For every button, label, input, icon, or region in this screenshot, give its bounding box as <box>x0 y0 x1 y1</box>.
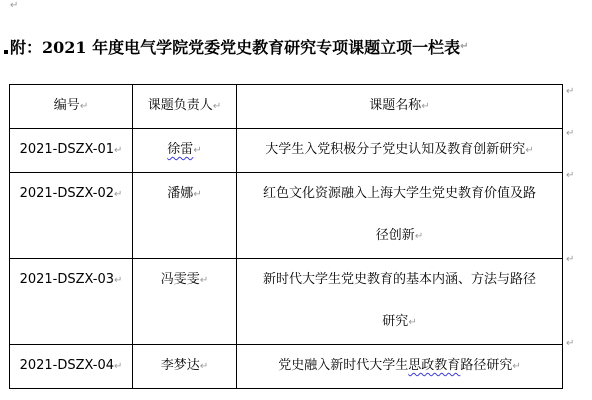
header-cell-title[interactable]: 课题名称↵ <box>237 85 563 129</box>
table-row: 2021-DSZX-04↵ 李梦达↵ 党史融入新时代大学生思政教育路径研究↵ <box>10 345 563 389</box>
cell-leader[interactable]: 李梦达↵ <box>133 345 237 389</box>
row-end-mark-icon: ↵ <box>566 254 574 265</box>
row-end-mark-icon: ↵ <box>566 128 574 139</box>
cell-title[interactable]: 新时代大学生党史教育的基本内涵、方法与路径研究↵ <box>237 259 563 345</box>
document-title-paragraph: 附：2021 年度电气学院党委党史教育研究专项课题立项一栏表 ↵ <box>4 34 469 58</box>
header-cell-leader[interactable]: 课题负责人↵ <box>133 85 237 129</box>
header-cell-id[interactable]: 编号↵ <box>10 85 133 129</box>
paragraph-mark-icon: ↵ <box>460 41 468 52</box>
row-end-mark-icon: ↵ <box>566 86 574 97</box>
table-row: 2021-DSZX-03↵ 冯雯雯↵ 新时代大学生党史教育的基本内涵、方法与路径… <box>10 259 563 345</box>
cell-title[interactable]: 红色文化资源融入上海大学生党史教育价值及路径创新↵ <box>237 173 563 259</box>
document-title: 附：2021 年度电气学院党委党史教育研究专项课题立项一栏表 <box>10 35 460 58</box>
table-header-row: 编号↵ 课题负责人↵ 课题名称↵ <box>10 85 563 129</box>
cell-title[interactable]: 党史融入新时代大学生思政教育路径研究↵ <box>237 345 563 389</box>
cell-leader[interactable]: 徐雷↵ <box>133 129 237 173</box>
cell-leader[interactable]: 潘娜↵ <box>133 173 237 259</box>
row-end-mark-icon: ↵ <box>566 170 574 181</box>
cell-id[interactable]: 2021-DSZX-01↵ <box>10 129 133 173</box>
project-table: 编号↵ 课题负责人↵ 课题名称↵ 2021-DSZX-01↵ 徐雷↵ 大学生入党… <box>9 84 563 389</box>
cell-id[interactable]: 2021-DSZX-04↵ <box>10 345 133 389</box>
cell-leader[interactable]: 冯雯雯↵ <box>133 259 237 345</box>
cell-id[interactable]: 2021-DSZX-02↵ <box>10 173 133 259</box>
table-row: 2021-DSZX-01↵ 徐雷↵ 大学生入党积极分子党史认知及教育创新研究↵ <box>10 129 563 173</box>
cell-id[interactable]: 2021-DSZX-03↵ <box>10 259 133 345</box>
table-row: 2021-DSZX-02↵ 潘娜↵ 红色文化资源融入上海大学生党史教育价值及路径… <box>10 173 563 259</box>
row-end-mark-icon: ↵ <box>566 338 574 349</box>
cell-title[interactable]: 大学生入党积极分子党史认知及教育创新研究↵ <box>237 129 563 173</box>
paragraph-anchor-icon <box>4 50 8 54</box>
paragraph-mark-icon: ↵ <box>10 0 18 11</box>
